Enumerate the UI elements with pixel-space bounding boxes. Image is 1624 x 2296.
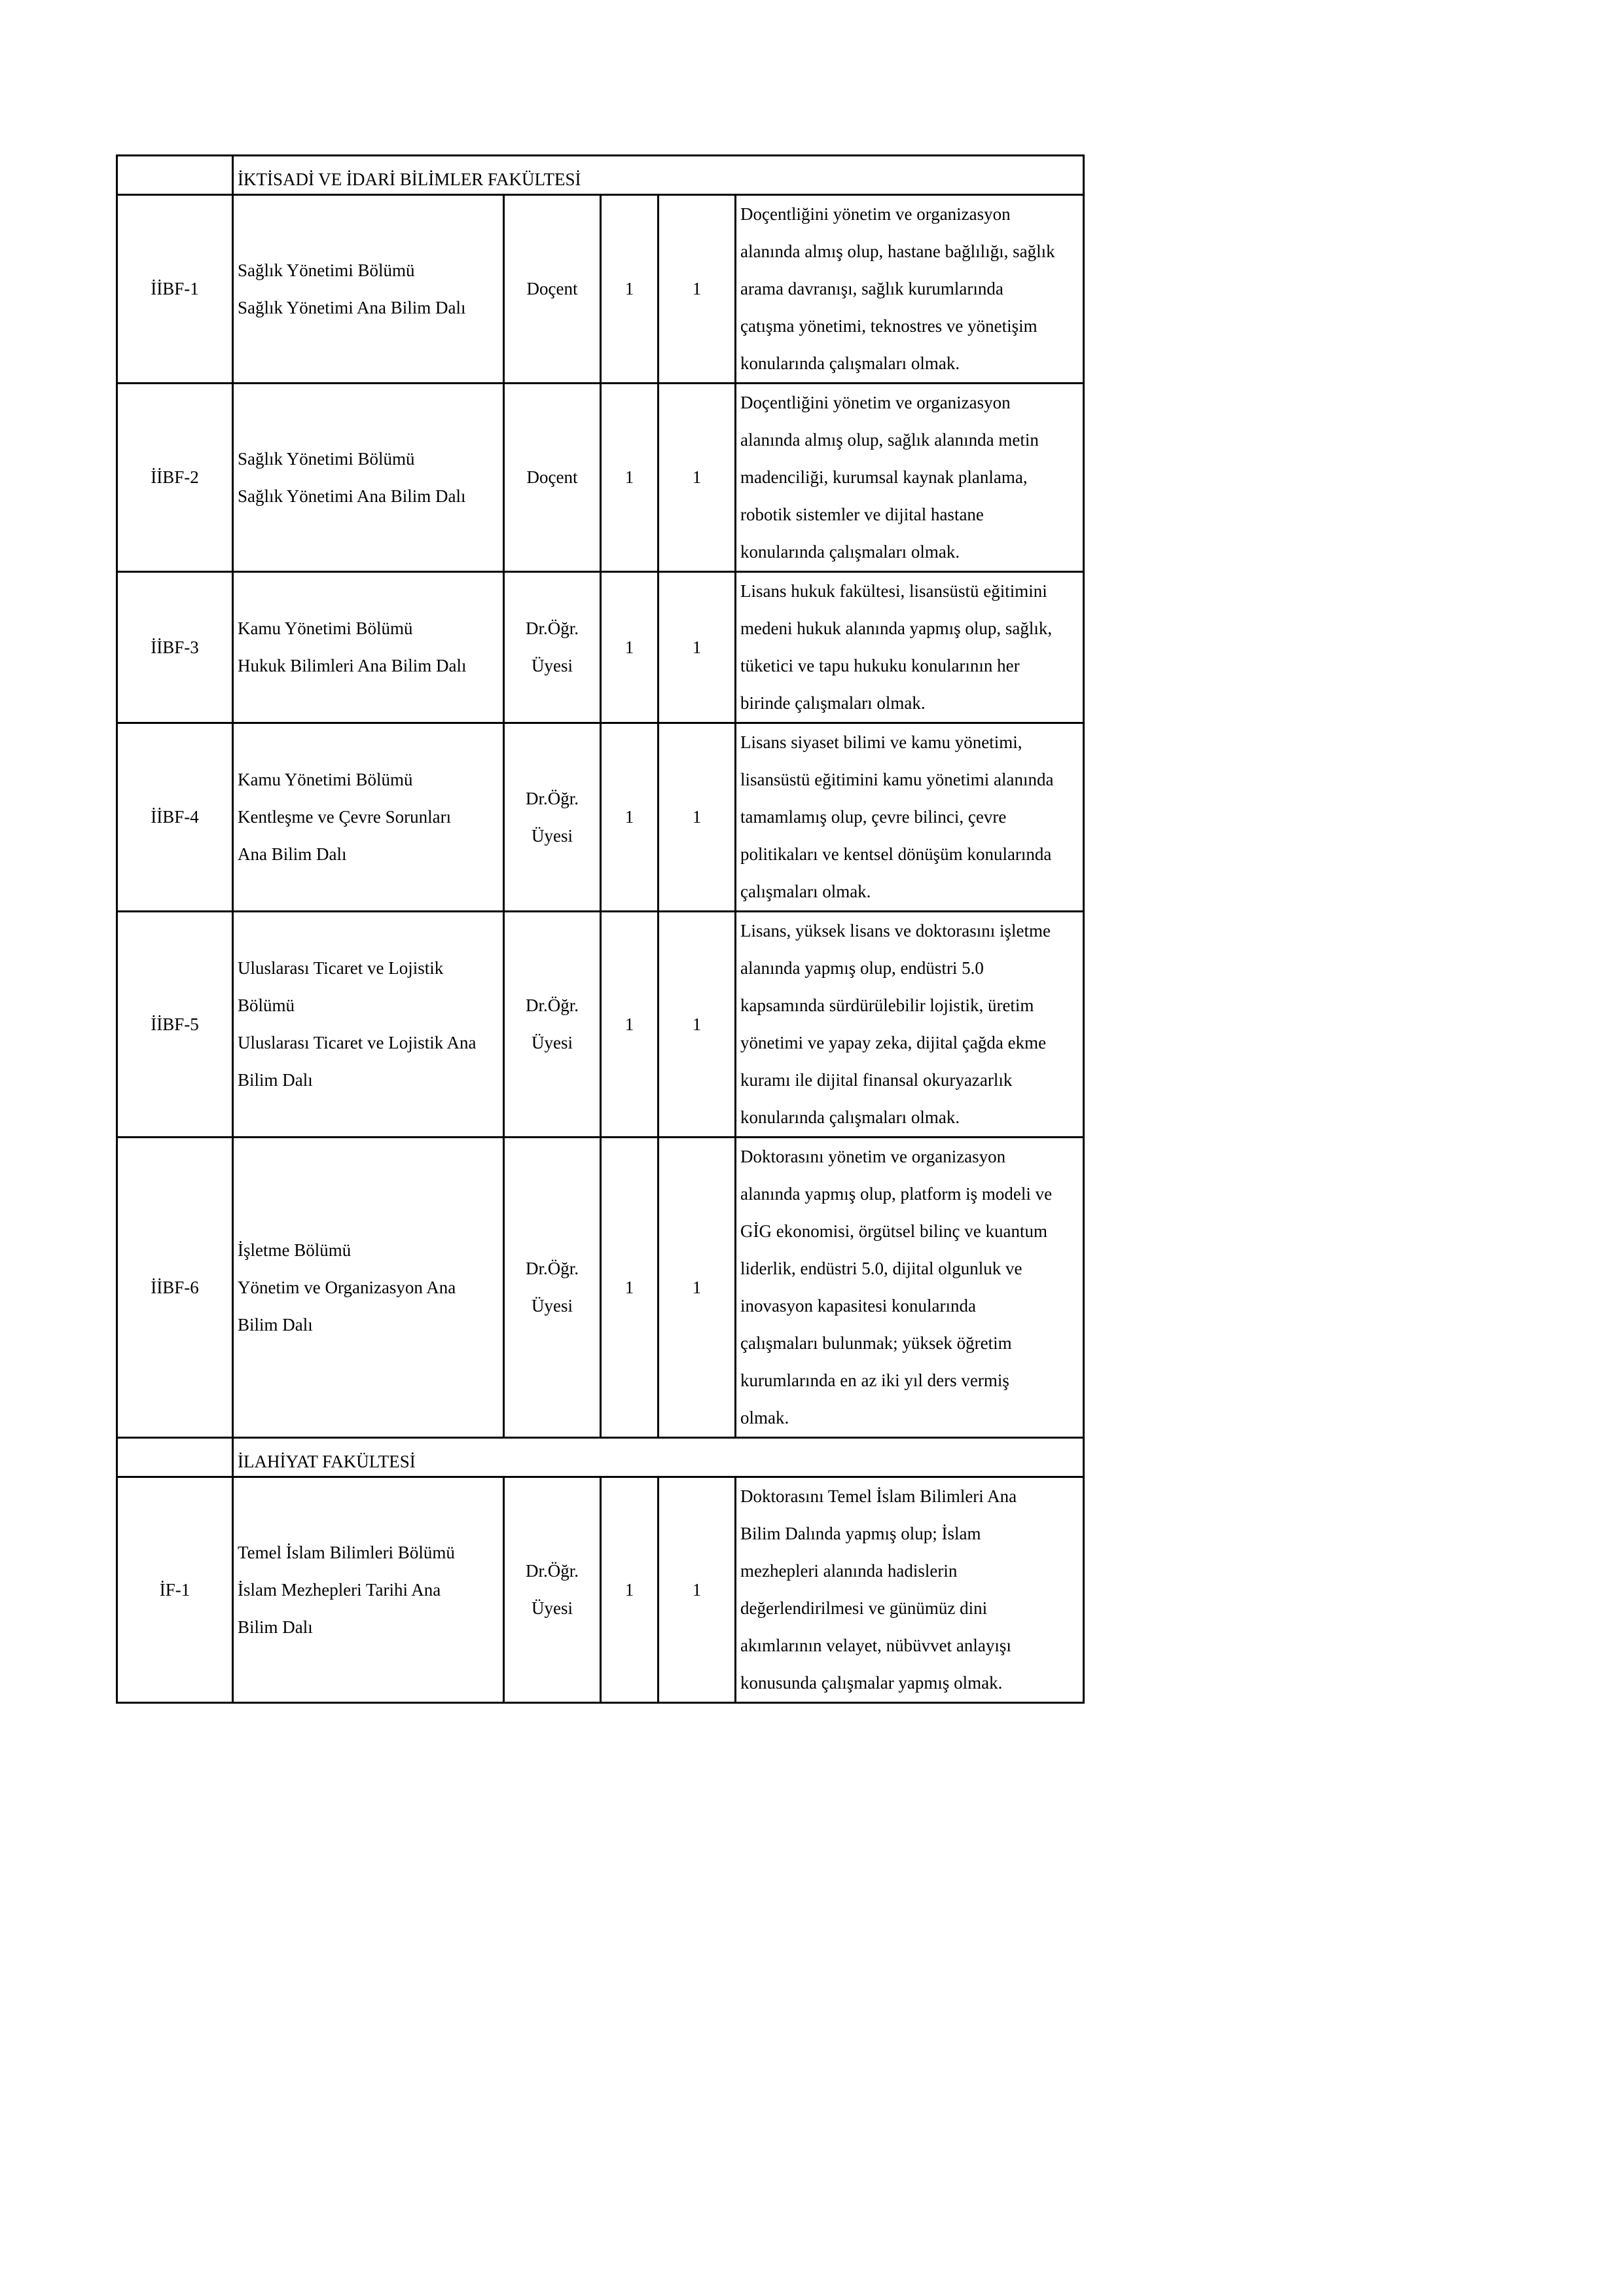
requirement-line: lisansüstü eğitimini kamu yönetimi alanı… — [740, 761, 1083, 798]
faculty-header-row: İLAHİYAT FAKÜLTESİ — [117, 1438, 1084, 1477]
department-line: Ana Bilim Dalı — [238, 836, 503, 873]
position-count-b: 1 — [659, 912, 736, 1138]
department-line: Sağlık Yönetimi Bölümü — [238, 440, 503, 478]
requirement-line: konusunda çalışmalar yapmış olmak. — [740, 1664, 1083, 1702]
requirement-line: çalışmaları bulunmak; yüksek öğretim — [740, 1325, 1083, 1362]
position-code: İİBF-4 — [117, 723, 233, 912]
requirement-line: Bilim Dalında yapmış olup; İslam — [740, 1515, 1083, 1552]
department-line: Temel İslam Bilimleri Bölümü — [238, 1534, 503, 1571]
faculty-code-cell — [117, 1438, 233, 1477]
academic-title-line: Üyesi — [505, 1024, 600, 1062]
requirements-cell: Doktorasını yönetim ve organizasyonalanı… — [736, 1138, 1084, 1438]
requirement-line: politikaları ve kentsel dönüşüm konuları… — [740, 836, 1083, 873]
position-count-a: 1 — [601, 1477, 659, 1703]
requirements-cell: Lisans hukuk fakültesi, lisansüstü eğiti… — [736, 572, 1084, 723]
requirement-line: arama davranışı, sağlık kurumlarında — [740, 270, 1083, 308]
department-cell: İşletme BölümüYönetim ve Organizasyon An… — [233, 1138, 504, 1438]
academic-title-line: Dr.Öğr. — [505, 987, 600, 1024]
academic-title-line: Dr.Öğr. — [505, 610, 600, 647]
academic-title-line: Üyesi — [505, 647, 600, 685]
department-cell: Sağlık Yönetimi BölümüSağlık Yönetimi An… — [233, 384, 504, 572]
department-line: Kamu Yönetimi Bölümü — [238, 610, 503, 647]
department-line: Sağlık Yönetimi Ana Bilim Dalı — [238, 289, 503, 327]
requirement-line: Doktorasını yönetim ve organizasyon — [740, 1138, 1083, 1175]
position-count-a: 1 — [601, 912, 659, 1138]
requirement-line: Lisans, yüksek lisans ve doktorasını işl… — [740, 912, 1083, 950]
academic-title-cell: Dr.Öğr.Üyesi — [504, 723, 601, 912]
requirement-line: kapsamında sürdürülebilir lojistik, üret… — [740, 987, 1083, 1024]
academic-title-line: Üyesi — [505, 1590, 600, 1627]
academic-title-line: Dr.Öğr. — [505, 1552, 600, 1590]
position-count-b: 1 — [659, 1138, 736, 1438]
requirement-line: liderlik, endüstri 5.0, dijital olgunluk… — [740, 1250, 1083, 1287]
table-row: İİBF-2Sağlık Yönetimi BölümüSağlık Yönet… — [117, 384, 1084, 572]
position-code: İİBF-5 — [117, 912, 233, 1138]
academic-title-line: Dr.Öğr. — [505, 780, 600, 817]
table-row: İİBF-4Kamu Yönetimi BölümüKentleşme ve Ç… — [117, 723, 1084, 912]
position-count-b: 1 — [659, 384, 736, 572]
requirement-line: madenciliği, kurumsal kaynak planlama, — [740, 459, 1083, 496]
requirement-line: konularında çalışmaları olmak. — [740, 345, 1083, 382]
staff-positions-table: İKTİSADİ VE İDARİ BİLİMLER FAKÜLTESİİİBF… — [116, 154, 1085, 1704]
position-count-a: 1 — [601, 384, 659, 572]
requirement-line: çalışmaları olmak. — [740, 873, 1083, 910]
requirement-line: tüketici ve tapu hukuku konularının her — [740, 647, 1083, 685]
faculty-header-row: İKTİSADİ VE İDARİ BİLİMLER FAKÜLTESİ — [117, 156, 1084, 195]
department-line: Uluslarası Ticaret ve Lojistik — [238, 950, 503, 987]
requirement-line: Doktorasını Temel İslam Bilimleri Ana — [740, 1478, 1083, 1515]
requirement-line: alanında yapmış olup, platform iş modeli… — [740, 1175, 1083, 1213]
department-line: İşletme Bölümü — [238, 1232, 503, 1269]
requirement-line: alanında yapmış olup, endüstri 5.0 — [740, 950, 1083, 987]
position-count-b: 1 — [659, 572, 736, 723]
department-cell: Kamu Yönetimi BölümüKentleşme ve Çevre S… — [233, 723, 504, 912]
department-line: Sağlık Yönetimi Ana Bilim Dalı — [238, 478, 503, 515]
requirement-line: değerlendirilmesi ve günümüz dini — [740, 1590, 1083, 1627]
position-count-b: 1 — [659, 1477, 736, 1703]
requirement-line: kuramı ile dijital finansal okuryazarlık — [740, 1062, 1083, 1099]
requirement-line: olmak. — [740, 1399, 1083, 1437]
department-line: İslam Mezhepleri Tarihi Ana — [238, 1571, 503, 1609]
table-row: İF-1Temel İslam Bilimleri Bölümüİslam Me… — [117, 1477, 1084, 1703]
requirement-line: Lisans hukuk fakültesi, lisansüstü eğiti… — [740, 573, 1083, 610]
position-count-b: 1 — [659, 723, 736, 912]
requirements-cell: Lisans, yüksek lisans ve doktorasını işl… — [736, 912, 1084, 1138]
academic-title-line: Doçent — [505, 459, 600, 496]
academic-title-line: Dr.Öğr. — [505, 1250, 600, 1287]
requirements-cell: Doçentliğini yönetim ve organizasyonalan… — [736, 384, 1084, 572]
department-cell: Temel İslam Bilimleri Bölümüİslam Mezhep… — [233, 1477, 504, 1703]
requirement-line: GİG ekonomisi, örgütsel bilinç ve kuantu… — [740, 1213, 1083, 1250]
department-cell: Uluslarası Ticaret ve LojistikBölümüUlus… — [233, 912, 504, 1138]
position-count-a: 1 — [601, 195, 659, 384]
position-code: İİBF-2 — [117, 384, 233, 572]
department-line: Hukuk Bilimleri Ana Bilim Dalı — [238, 647, 503, 685]
requirement-line: kurumlarında en az iki yıl ders vermiş — [740, 1362, 1083, 1399]
department-cell: Sağlık Yönetimi BölümüSağlık Yönetimi An… — [233, 195, 504, 384]
academic-title-cell: Dr.Öğr.Üyesi — [504, 912, 601, 1138]
requirement-line: konularında çalışmaları olmak. — [740, 1099, 1083, 1136]
position-code: İİBF-6 — [117, 1138, 233, 1438]
faculty-code-cell — [117, 156, 233, 195]
table-row: İİBF-1Sağlık Yönetimi BölümüSağlık Yönet… — [117, 195, 1084, 384]
academic-title-cell: Dr.Öğr.Üyesi — [504, 1477, 601, 1703]
position-count-a: 1 — [601, 723, 659, 912]
department-line: Bilim Dalı — [238, 1062, 503, 1099]
requirement-line: alanında almış olup, sağlık alanında met… — [740, 422, 1083, 459]
requirement-line: Doçentliğini yönetim ve organizasyon — [740, 196, 1083, 233]
department-line: Bilim Dalı — [238, 1609, 503, 1646]
academic-title-cell: Doçent — [504, 384, 601, 572]
faculty-name: İKTİSADİ VE İDARİ BİLİMLER FAKÜLTESİ — [233, 156, 1084, 195]
department-line: Kamu Yönetimi Bölümü — [238, 761, 503, 798]
position-count-a: 1 — [601, 1138, 659, 1438]
table-row: İİBF-3Kamu Yönetimi BölümüHukuk Bilimler… — [117, 572, 1084, 723]
table-row: İİBF-6İşletme BölümüYönetim ve Organizas… — [117, 1138, 1084, 1438]
position-code: İİBF-1 — [117, 195, 233, 384]
requirement-line: birinde çalışmaları olmak. — [740, 685, 1083, 722]
academic-title-line: Üyesi — [505, 1287, 600, 1325]
requirement-line: Doçentliğini yönetim ve organizasyon — [740, 384, 1083, 422]
department-line: Bilim Dalı — [238, 1306, 503, 1344]
requirement-line: tamamlamış olup, çevre bilinci, çevre — [740, 798, 1083, 836]
academic-title-cell: Dr.Öğr.Üyesi — [504, 1138, 601, 1438]
academic-title-line: Üyesi — [505, 817, 600, 855]
requirement-line: inovasyon kapasitesi konularında — [740, 1287, 1083, 1325]
position-code: İİBF-3 — [117, 572, 233, 723]
department-line: Sağlık Yönetimi Bölümü — [238, 252, 503, 289]
faculty-name: İLAHİYAT FAKÜLTESİ — [233, 1438, 1084, 1477]
position-code: İF-1 — [117, 1477, 233, 1703]
requirement-line: konularında çalışmaları olmak. — [740, 533, 1083, 571]
academic-title-cell: Dr.Öğr.Üyesi — [504, 572, 601, 723]
requirements-cell: Doçentliğini yönetim ve organizasyonalan… — [736, 195, 1084, 384]
requirement-line: çatışma yönetimi, teknostres ve yönetişi… — [740, 308, 1083, 345]
table-body: İKTİSADİ VE İDARİ BİLİMLER FAKÜLTESİİİBF… — [117, 156, 1084, 1703]
department-line: Uluslarası Ticaret ve Lojistik Ana — [238, 1024, 503, 1062]
requirements-cell: Doktorasını Temel İslam Bilimleri AnaBil… — [736, 1477, 1084, 1703]
department-line: Yönetim ve Organizasyon Ana — [238, 1269, 503, 1306]
department-line: Bölümü — [238, 987, 503, 1024]
requirement-line: medeni hukuk alanında yapmış olup, sağlı… — [740, 610, 1083, 647]
requirement-line: Lisans siyaset bilimi ve kamu yönetimi, — [740, 724, 1083, 761]
academic-title-cell: Doçent — [504, 195, 601, 384]
table-row: İİBF-5Uluslarası Ticaret ve LojistikBölü… — [117, 912, 1084, 1138]
requirement-line: robotik sistemler ve dijital hastane — [740, 496, 1083, 533]
requirements-cell: Lisans siyaset bilimi ve kamu yönetimi,l… — [736, 723, 1084, 912]
academic-title-line: Doçent — [505, 270, 600, 308]
requirement-line: akımlarının velayet, nübüvvet anlayışı — [740, 1627, 1083, 1664]
position-count-b: 1 — [659, 195, 736, 384]
department-cell: Kamu Yönetimi BölümüHukuk Bilimleri Ana … — [233, 572, 504, 723]
department-line: Kentleşme ve Çevre Sorunları — [238, 798, 503, 836]
requirement-line: yönetimi ve yapay zeka, dijital çağda ek… — [740, 1024, 1083, 1062]
requirement-line: mezhepleri alanında hadislerin — [740, 1552, 1083, 1590]
requirement-line: alanında almış olup, hastane bağlılığı, … — [740, 233, 1083, 270]
position-count-a: 1 — [601, 572, 659, 723]
